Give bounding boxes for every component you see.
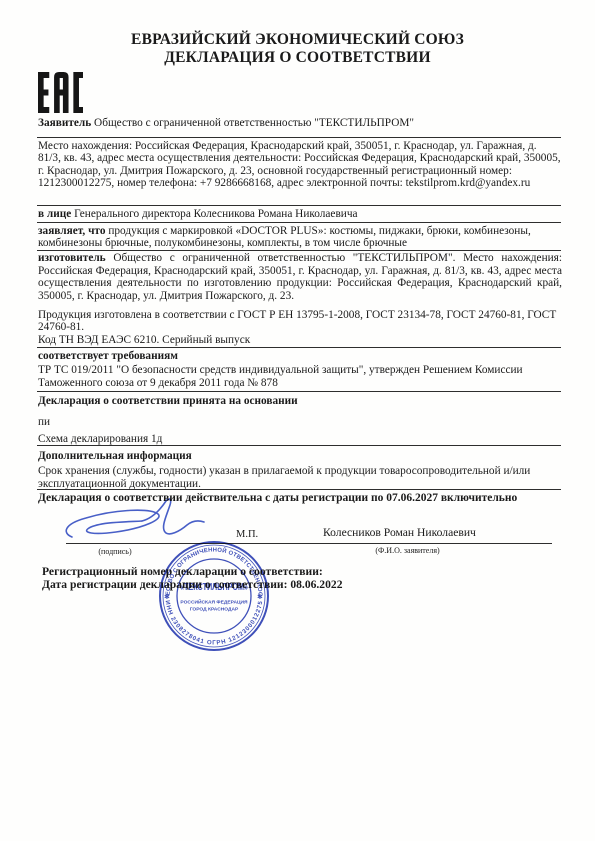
company-round-stamp: ОБЩЕСТВО С ОГРАНИЧЕННОЙ ОТВЕТСТВЕННОСТЬЮ…	[158, 540, 270, 652]
tnved-code-row: Код ТН ВЭД ЕАЭС 6210. Серийный выпуск	[38, 334, 562, 346]
basis-value: пи	[38, 416, 562, 428]
divider	[37, 137, 561, 138]
declaration-document: ЕВРАЗИЙСКИЙ ЭКОНОМИЧЕСКИЙ СОЮЗ ДЕКЛАРАЦИ…	[0, 0, 595, 841]
complies-label: соответствует требованиям	[38, 350, 562, 362]
manufacturer-label: изготовитель	[38, 252, 106, 264]
in-person-label: в лице	[38, 208, 71, 220]
stamp-star-right-icon: ✱	[257, 593, 263, 601]
divider	[37, 250, 561, 251]
basis-label: Декларация о соответствии принята на осн…	[38, 395, 562, 407]
divider	[37, 391, 561, 392]
manufacturer-paragraph: изготовитель Общество с ограниченной отв…	[38, 252, 562, 302]
complies-paragraph: ТР ТС 019/2011 "О безопасности средств и…	[38, 364, 562, 390]
production-standards-paragraph: Продукция изготовлена в соответствии с Г…	[38, 309, 562, 334]
stamp-country: РОССИЙСКАЯ ФЕДЕРАЦИЯ	[180, 598, 248, 606]
manufacturer-value: Общество с ограниченной ответственностью…	[38, 252, 562, 302]
additional-info-label: Дополнительная информация	[38, 450, 562, 462]
additional-info-paragraph: Срок хранения (службы, годности) указан …	[38, 465, 562, 490]
applicant-row: Заявитель Общество с ограниченной ответс…	[38, 117, 562, 129]
in-person-row: в лице Генерального директора Колесников…	[38, 208, 562, 220]
in-person-value: Генерального директора Колесникова Роман…	[74, 208, 357, 220]
signatory-name: Колесников Роман Николаевич	[323, 526, 476, 539]
divider	[37, 445, 561, 446]
divider	[37, 489, 561, 490]
divider	[37, 347, 561, 348]
divider	[37, 222, 561, 223]
stamp-city: ГОРОД КРАСНОДАР	[190, 607, 239, 613]
location-paragraph: Место нахождения: Российская Федерация, …	[38, 140, 562, 189]
eac-mark-icon	[38, 72, 83, 113]
stamp-star-left-icon: ✱	[164, 593, 170, 601]
document-title: ДЕКЛАРАЦИЯ О СООТВЕТСТВИИ	[0, 49, 595, 67]
declares-label: заявляет, что	[38, 225, 105, 237]
applicant-label: Заявитель	[38, 117, 91, 129]
declares-paragraph: заявляет, что продукция с маркировкой «D…	[38, 225, 562, 250]
stamp-place-label: М.П.	[236, 529, 258, 540]
signature-caption: (подпись)	[70, 547, 160, 556]
name-caption: (Ф.И.О. заявителя)	[330, 546, 485, 555]
applicant-value: Общество с ограниченной ответственностью…	[94, 117, 414, 129]
declares-value: продукция с маркировкой «DOCTOR PLUS»: к…	[38, 225, 531, 249]
scheme-row: Схема декларирования 1д	[38, 433, 562, 445]
union-title: ЕВРАЗИЙСКИЙ ЭКОНОМИЧЕСКИЙ СОЮЗ	[0, 31, 595, 49]
divider	[37, 205, 561, 206]
stamp-company-name: «ТЕКСТИЛЬПРОМ»	[180, 582, 248, 593]
signature-line	[66, 543, 552, 544]
